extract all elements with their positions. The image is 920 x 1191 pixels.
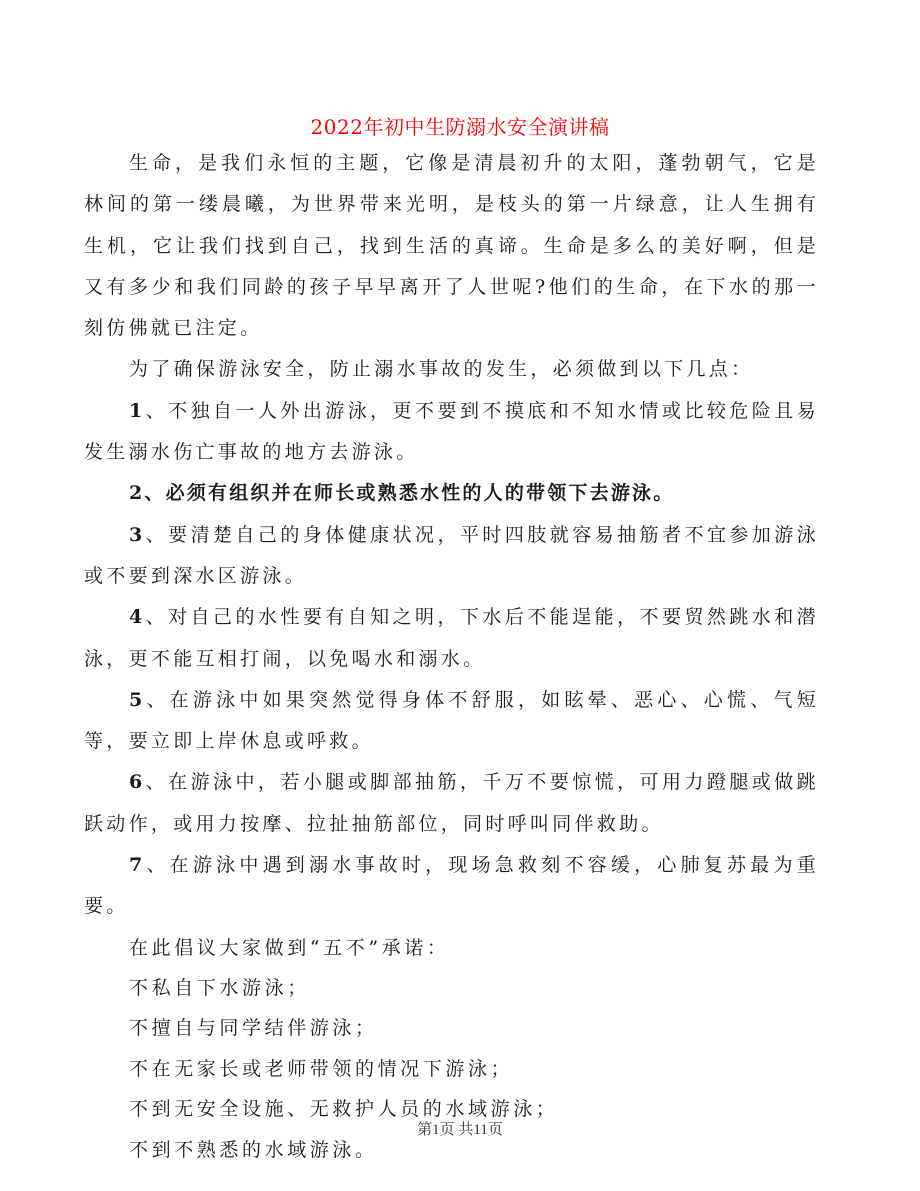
safety-item-4: 4、对自己的水性要有自知之明，下水后不能逞能，不要贸然跳水和潜泳，更不能互相打闹… <box>84 597 819 680</box>
safety-item-6: 6、在游泳中，若小腿或脚部抽筋，千万不要惊慌，可用力蹬腿或做跳跃动作，或用力按摩… <box>84 762 819 845</box>
item-number: 7 <box>129 854 146 876</box>
item-text: 、要清楚自己的身体健康状况，平时四肢就容易抽筋者不宜参加游泳或不要到深水区游泳。 <box>84 524 819 587</box>
call-to-action: 在此倡议大家做到“五不”承诺： <box>84 928 819 968</box>
intro-paragraph: 生命，是我们永恒的主题，它像是清晨初升的太阳，蓬勃朝气，它是林间的第一缕晨曦，为… <box>84 143 819 349</box>
safety-item-3: 3、要清楚自己的身体健康状况，平时四肢就容易抽筋者不宜参加游泳或不要到深水区游泳… <box>84 515 819 598</box>
lead-in-paragraph: 为了确保游泳安全，防止溺水事故的发生，必须做到以下几点： <box>84 349 819 390</box>
item-text: 、不独自一人外出游泳，更不要到不摸底和不知水情或比较危险且易发生溺水伤亡事故的地… <box>84 400 819 463</box>
item-number: 3 <box>129 524 146 546</box>
document-page: 2022年初中生防溺水安全演讲稿 生命，是我们永恒的主题，它像是清晨初升的太阳，… <box>0 0 920 1191</box>
item-text: 、必须有组织并在师长或熟悉水性的人的带领下去游泳。 <box>144 482 674 504</box>
item-number: 6 <box>129 771 146 793</box>
safety-item-1: 1、不独自一人外出游泳，更不要到不摸底和不知水情或比较危险且易发生溺水伤亡事故的… <box>84 391 819 474</box>
safety-item-7: 7、在游泳中遇到溺水事故时，现场急救刻不容缓，心肺复苏最为重要。 <box>84 845 819 928</box>
document-title: 2022年初中生防溺水安全演讲稿 <box>0 110 920 144</box>
safety-item-2: 2、必须有组织并在师长或熟悉水性的人的带领下去游泳。 <box>84 473 819 514</box>
pledge-item: 不在无家长或老师带领的情况下游泳； <box>84 1049 819 1089</box>
item-text: 、对自己的水性要有自知之明，下水后不能逞能，不要贸然跳水和潜泳，更不能互相打闹，… <box>84 606 819 669</box>
item-number: 2 <box>129 482 144 504</box>
document-body: 生命，是我们永恒的主题，它像是清晨初升的太阳，蓬勃朝气，它是林间的第一缕晨曦，为… <box>84 143 819 1170</box>
item-text: 、在游泳中，若小腿或脚部抽筋，千万不要惊慌，可用力蹬腿或做跳跃动作，或用力按摩、… <box>84 771 819 834</box>
item-number: 1 <box>129 400 146 422</box>
item-text: 、在游泳中如果突然觉得身体不舒服，如眩晕、恶心、心慌、气短等，要立即上岸休息或呼… <box>84 689 819 752</box>
item-text: 、在游泳中遇到溺水事故时，现场急救刻不容缓，心肺复苏最为重要。 <box>84 854 819 917</box>
pledge-item: 不擅自与同学结伴游泳； <box>84 1008 819 1048</box>
item-number: 5 <box>129 689 146 711</box>
item-number: 4 <box>129 606 146 628</box>
page-number-footer: 第1页 共11页 <box>0 1118 920 1142</box>
safety-item-5: 5、在游泳中如果突然觉得身体不舒服，如眩晕、恶心、心慌、气短等，要立即上岸休息或… <box>84 680 819 763</box>
pledge-item: 不私自下水游泳； <box>84 968 819 1008</box>
